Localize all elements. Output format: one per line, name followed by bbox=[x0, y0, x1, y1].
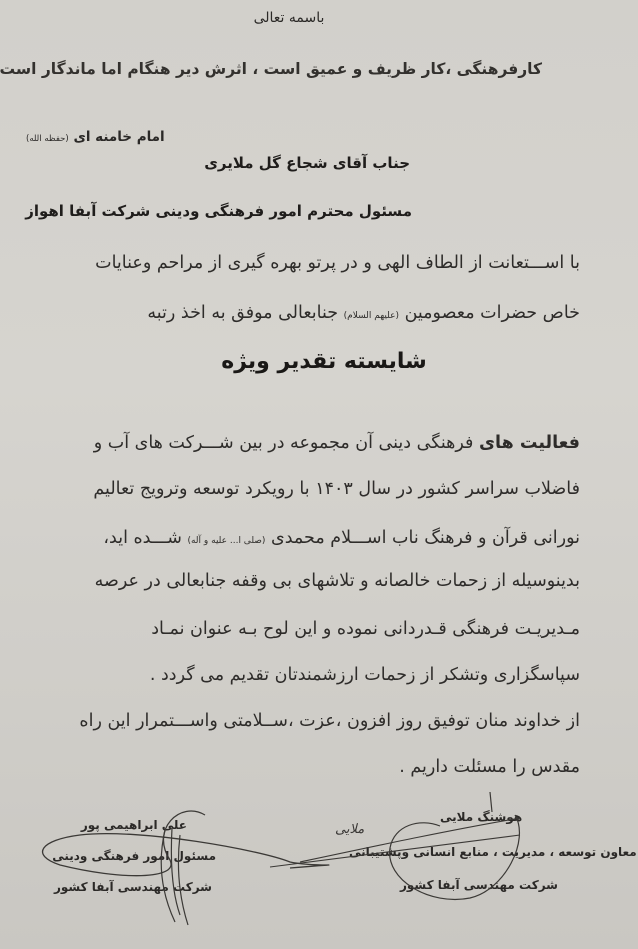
body-line-2-part-b: جنابعالی موفق به اخذ رتبه bbox=[147, 303, 338, 323]
body-line-3: فعالیت های فرهنگی دینی آن مجموعه در بین … bbox=[94, 433, 580, 453]
body-line-9: از خداوند منان توفیق روز افزون ،عزت ،ســ… bbox=[79, 711, 580, 731]
signatory-title: معاون توسعه ، مدیریت ، منابع انسانی وپشت… bbox=[349, 845, 637, 859]
signatory-name: علی ابراهیمی پور bbox=[81, 818, 187, 832]
epigraph-author-honorific: (حفظه الله) bbox=[26, 134, 69, 144]
signatory-organization: شرکت مهندسی آبفا کشور bbox=[400, 878, 558, 892]
signatory-title: مسئول امور فرهنگی ودینی bbox=[52, 849, 216, 863]
handwritten-signature-note: ملایی bbox=[335, 822, 364, 837]
header-invocation: باسمه تعالی bbox=[0, 10, 638, 26]
body-line-5-honorific: (صلی ا... علیه و آله) bbox=[187, 536, 265, 546]
signatory-organization: شرکت مهندسی آبفا کشور bbox=[54, 880, 212, 894]
signatory-name: هوشنگ ملایی bbox=[440, 810, 522, 824]
body-line-2: خاص حضرات معصومین (علیهم السلام) جنابعال… bbox=[147, 303, 580, 323]
body-line-5-part-b: شـــده اید، bbox=[103, 528, 182, 548]
body-line-10: مقدس را مسئلت داریم . bbox=[399, 757, 580, 777]
body-line-7: مـدیریـت فرهنگی قـدردانی نموده و این لوح… bbox=[151, 619, 580, 639]
body-line-2-part-a: خاص حضرات معصومین bbox=[405, 303, 580, 323]
addressee-position: مسئول محترم امور فرهنگی ودینی شرکت آبفا … bbox=[25, 202, 412, 220]
epigraph-author: امام خامنه ای (حفظه الله) bbox=[26, 129, 165, 145]
body-line-4: فاضلاب سراسر کشور در سال ۱۴۰۳ با رویکرد … bbox=[93, 479, 580, 499]
letter-page: باسمه تعالی کارفرهنگی ،کار ظریف و عمیق ا… bbox=[0, 0, 638, 949]
body-line-2-honorific: (علیهم السلام) bbox=[344, 311, 399, 321]
award-title: شایسته تقدیر ویژه bbox=[0, 349, 638, 374]
body-line-3-part-b: فرهنگی دینی آن مجموعه در بین شـــرکت های… bbox=[94, 433, 474, 453]
addressee-name: جناب آقای شجاع گل ملایری bbox=[204, 154, 410, 172]
epigraph-quote: کارفرهنگی ،کار ظریف و عمیق است ، اثرش دی… bbox=[0, 60, 542, 78]
epigraph-author-name: امام خامنه ای bbox=[73, 129, 164, 145]
body-line-6: بدینوسیله از زحمات خالصانه و تلاشهای بی … bbox=[95, 571, 580, 591]
body-line-1: با اســـتعانت از الطاف الهی و در پرتو به… bbox=[95, 253, 580, 273]
body-line-5: نورانی قرآن و فرهنگ ناب اســـلام محمدی (… bbox=[103, 528, 580, 548]
body-line-5-part-a: نورانی قرآن و فرهنگ ناب اســـلام محمدی bbox=[271, 528, 580, 548]
body-line-8: سپاسگزاری وتشکر از زحمات ارزشمندتان تقدی… bbox=[150, 665, 580, 685]
body-line-3-part-a: فعالیت های bbox=[479, 433, 580, 453]
